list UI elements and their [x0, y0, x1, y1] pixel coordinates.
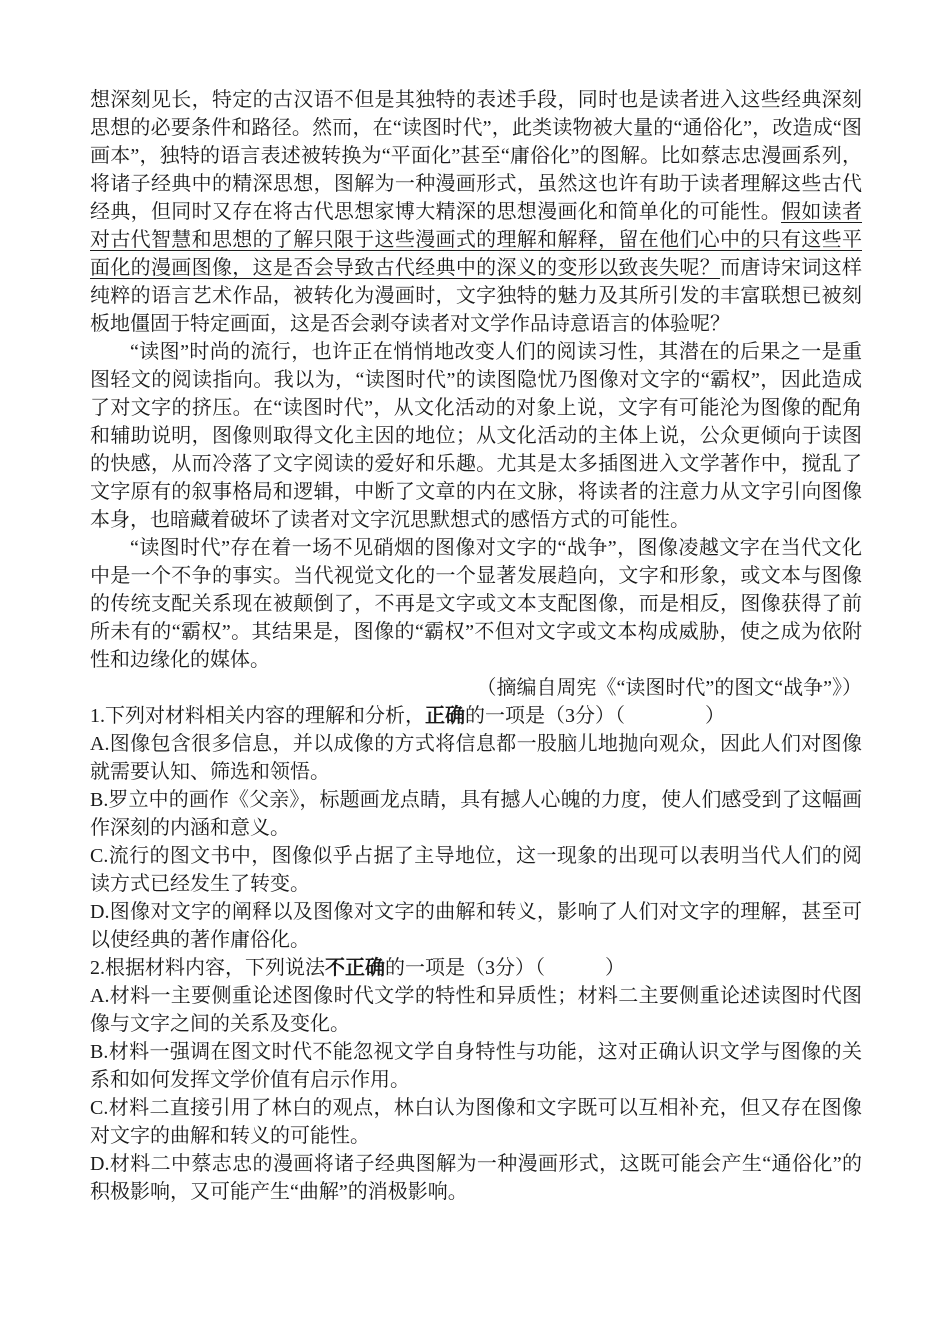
question-1-option-b: B.罗立中的画作《父亲》，标题画龙点睛，具有撼人心魄的力度，使人们感受到了这幅画…	[90, 786, 862, 842]
passage-attribution: （摘编自周宪《“读图时代”的图文“战争”》）	[90, 674, 862, 702]
question-1-emphasis-correct: 正确	[425, 705, 465, 727]
passage-paragraph-3: “读图时代”存在着一场不见硝烟的图像对文字的“战争”，图像凌越文字在当代文化中是…	[90, 534, 862, 674]
question-2-emphasis-incorrect: 不正确	[325, 957, 385, 979]
question-2-option-d: D.材料二中蔡志忠的漫画将诸子经典图解为一种漫画形式，这既可能会产生“通俗化”的…	[90, 1150, 862, 1206]
exam-page: 想深刻见长，特定的古汉语不但是其独特的表述手段，同时也是读者进入这些经典深刻思想…	[0, 0, 950, 1344]
question-2-stem-text: 2.根据材料内容，下列说法	[90, 957, 325, 979]
passage-paragraph-2: “读图”时尚的流行，也许正在悄悄地改变人们的阅读习性，其潜在的后果之一是重图轻文…	[90, 338, 862, 534]
passage-text: 想深刻见长，特定的古汉语不但是其独特的表述手段，同时也是读者进入这些经典深刻思想…	[90, 89, 862, 223]
question-1-option-c: C.流行的图文书中，图像似乎占据了主导地位，这一现象的出现可以表明当代人们的阅读…	[90, 842, 862, 898]
question-2-option-a: A.材料一主要侧重论述图像时代文学的特性和异质性；材料二主要侧重论述读图时代图像…	[90, 982, 862, 1038]
question-2-stem: 2.根据材料内容，下列说法不正确的一项是（3分）（ ）	[90, 954, 862, 982]
passage-paragraph-continuation: 想深刻见长，特定的古汉语不但是其独特的表述手段，同时也是读者进入这些经典深刻思想…	[90, 86, 862, 338]
question-1-option-a: A.图像包含很多信息，并以成像的方式将信息都一股脑儿地抛向观众，因此人们对图像就…	[90, 730, 862, 786]
question-1-stem-tail-and-answer-blank: 的一项是（3分）（ ）	[465, 705, 725, 727]
question-2-stem-tail-and-answer-blank: 的一项是（3分）（ ）	[385, 957, 625, 979]
question-1-option-d: D.图像对文字的阐释以及图像对文字的曲解和转义，影响了人们对文字的理解，甚至可以…	[90, 898, 862, 954]
question-1-stem: 1.下列对材料相关内容的理解和分析，正确的一项是（3分）（ ）	[90, 702, 862, 730]
question-1-stem-text: 1.下列对材料相关内容的理解和分析，	[90, 705, 425, 727]
question-2-option-b: B.材料一强调在图文时代不能忽视文学自身特性与功能，这对正确认识文学与图像的关系…	[90, 1038, 862, 1094]
question-2-option-c: C.材料二直接引用了林白的观点，林白认为图像和文字既可以互相补充，但又存在图像对…	[90, 1094, 862, 1150]
